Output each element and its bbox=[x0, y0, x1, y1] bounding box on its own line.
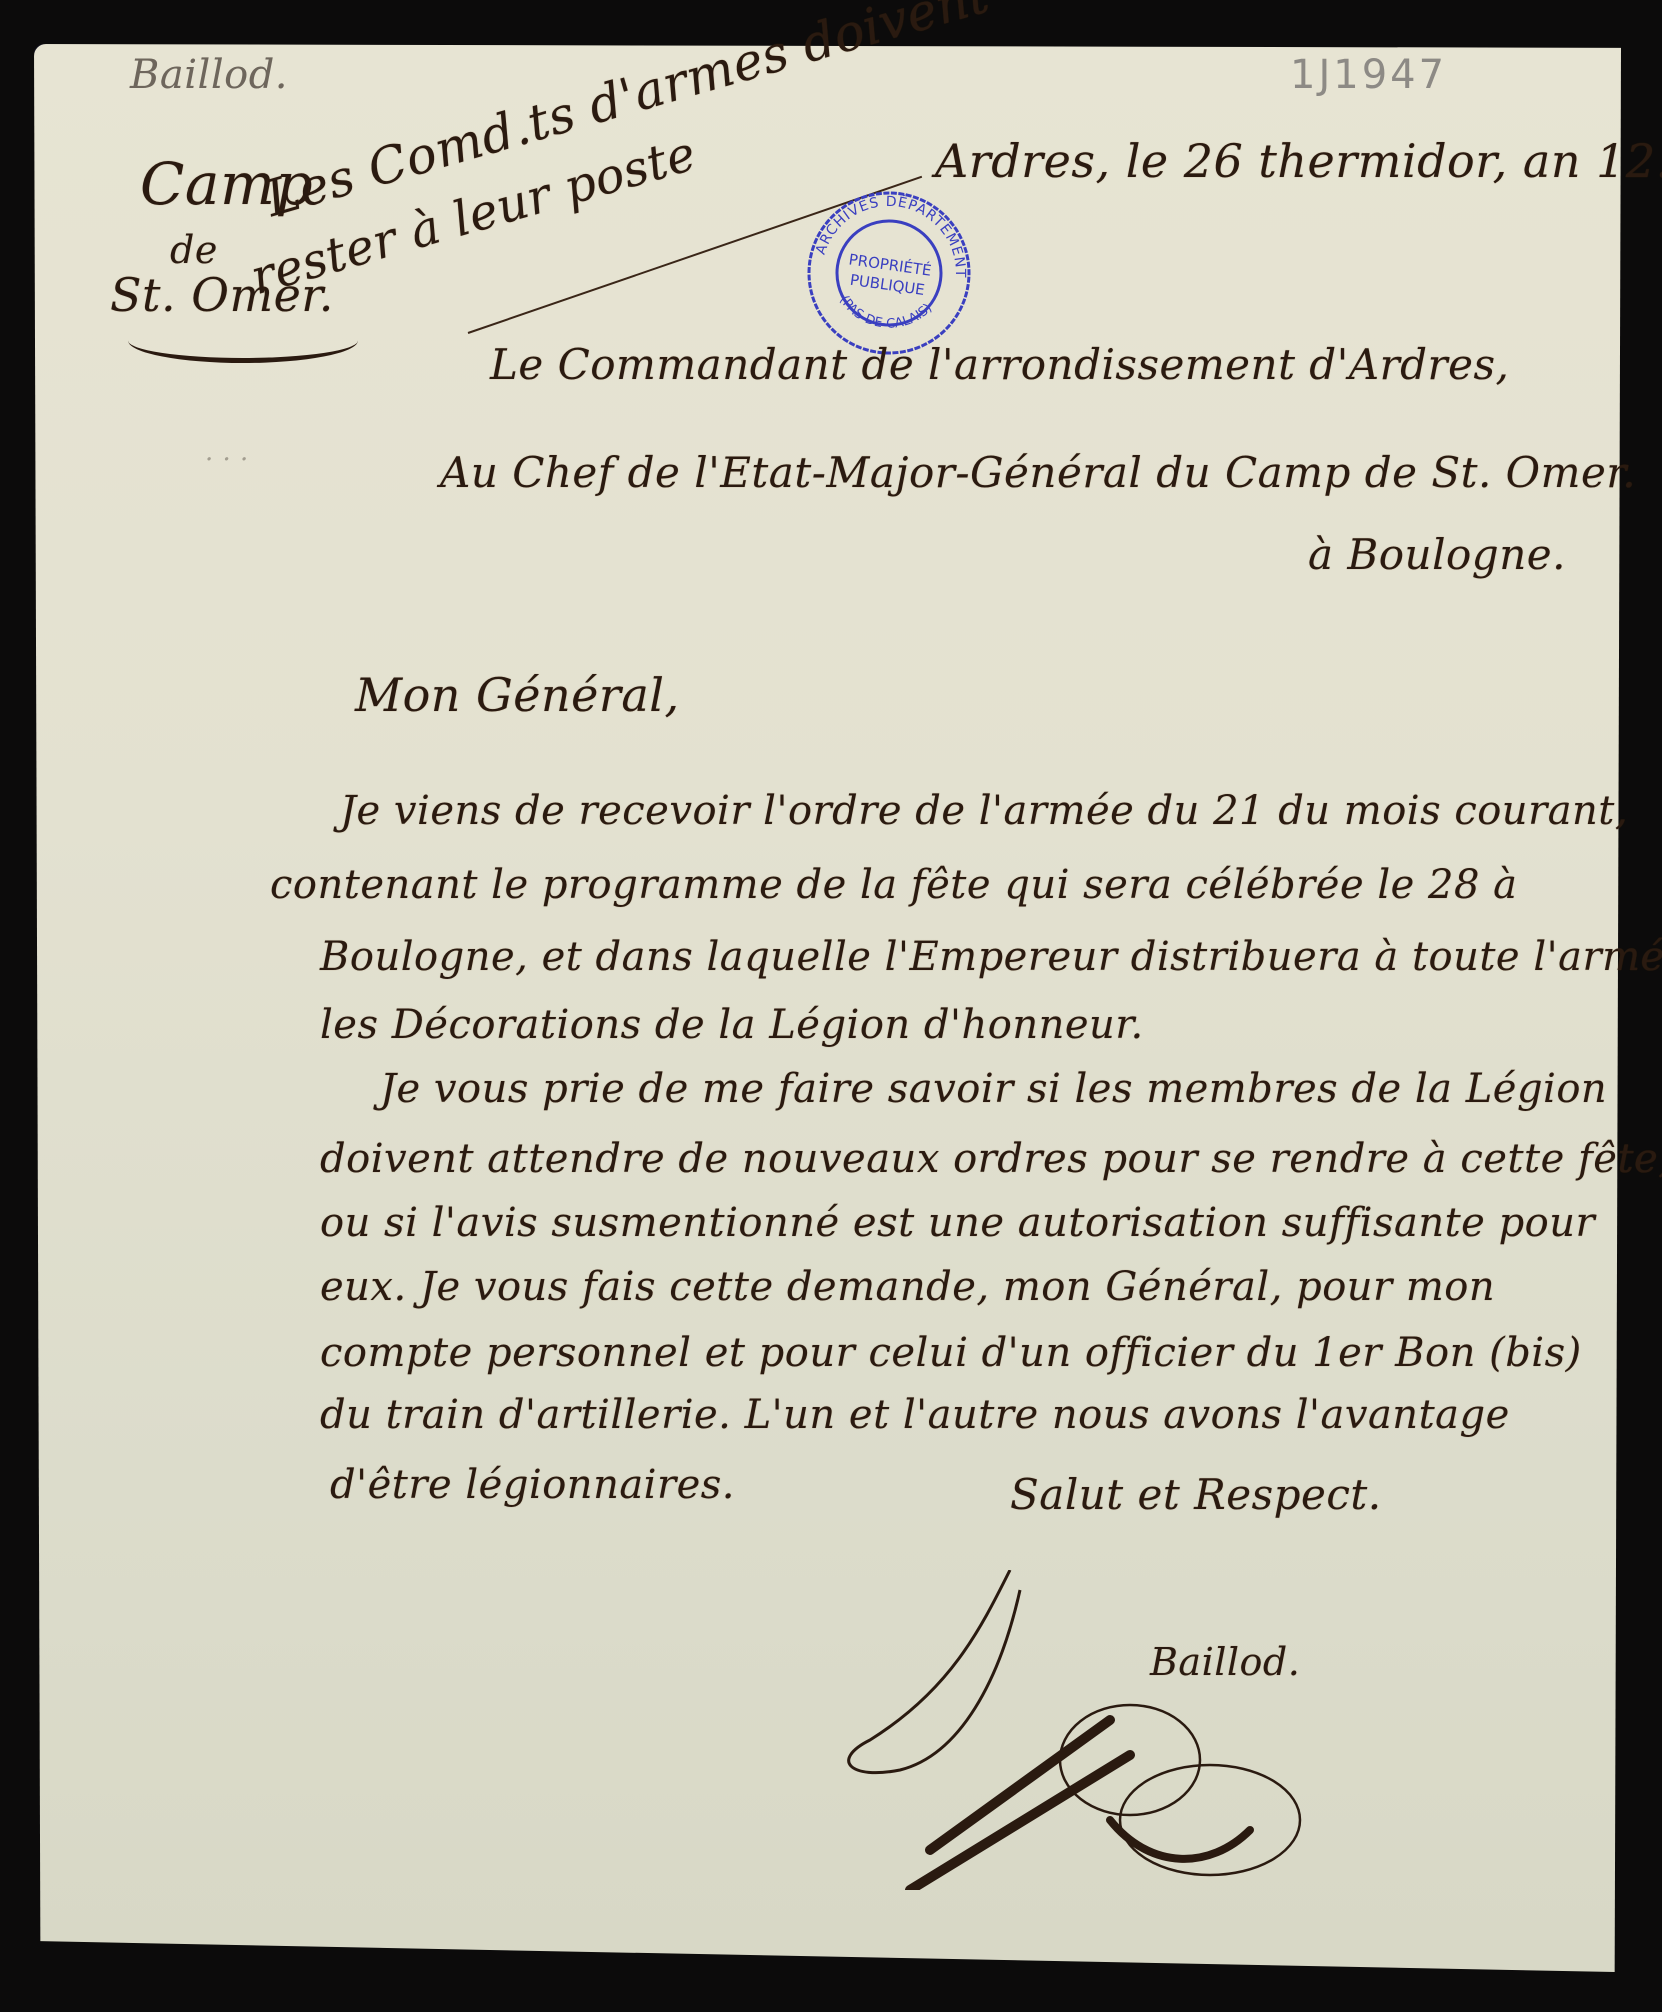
signature: Baillod. bbox=[1150, 1640, 1300, 1684]
margin-author-name: Baillod. bbox=[130, 52, 288, 98]
recipient-line1: Au Chef de l'Etat-Major-Général du Camp … bbox=[440, 448, 1636, 497]
body-line: d'être légionnaires. bbox=[330, 1462, 735, 1508]
margin-underline-flourish bbox=[128, 318, 358, 363]
body-line: doivent attendre de nouveaux ordres pour… bbox=[320, 1136, 1662, 1182]
body-line: eux. Je vous fais cette demande, mon Gén… bbox=[320, 1264, 1495, 1310]
body-line: du train d'artillerie. L'un et l'autre n… bbox=[320, 1392, 1510, 1438]
body-line: Boulogne, et dans laquelle l'Empereur di… bbox=[320, 934, 1662, 980]
margin-camp-line2: de bbox=[170, 228, 218, 272]
body-line: compte personnel et pour celui d'un offi… bbox=[320, 1330, 1582, 1376]
bleed-through-mark: · · · bbox=[205, 445, 249, 475]
salutation: Mon Général, bbox=[355, 668, 680, 722]
dateline: Ardres, le 26 thermidor, an 12. bbox=[935, 134, 1662, 188]
body-line: contenant le programme de la fête qui se… bbox=[270, 862, 1517, 908]
closing: Salut et Respect. bbox=[1010, 1470, 1382, 1519]
body-line: Je viens de recevoir l'ordre de l'armée … bbox=[340, 788, 1628, 834]
signature-flourish-icon bbox=[830, 1570, 1350, 1890]
sender-line: Le Commandant de l'arrondissement d'Ardr… bbox=[490, 340, 1509, 389]
recipient-line2: à Boulogne. bbox=[1308, 530, 1566, 579]
body-line: Je vous prie de me faire savoir si les m… bbox=[380, 1066, 1607, 1112]
archive-number: 1J1947 bbox=[1290, 52, 1447, 98]
body-line: les Décorations de la Légion d'honneur. bbox=[320, 1002, 1144, 1048]
body-line: ou si l'avis susmentionné est une autori… bbox=[320, 1200, 1595, 1246]
